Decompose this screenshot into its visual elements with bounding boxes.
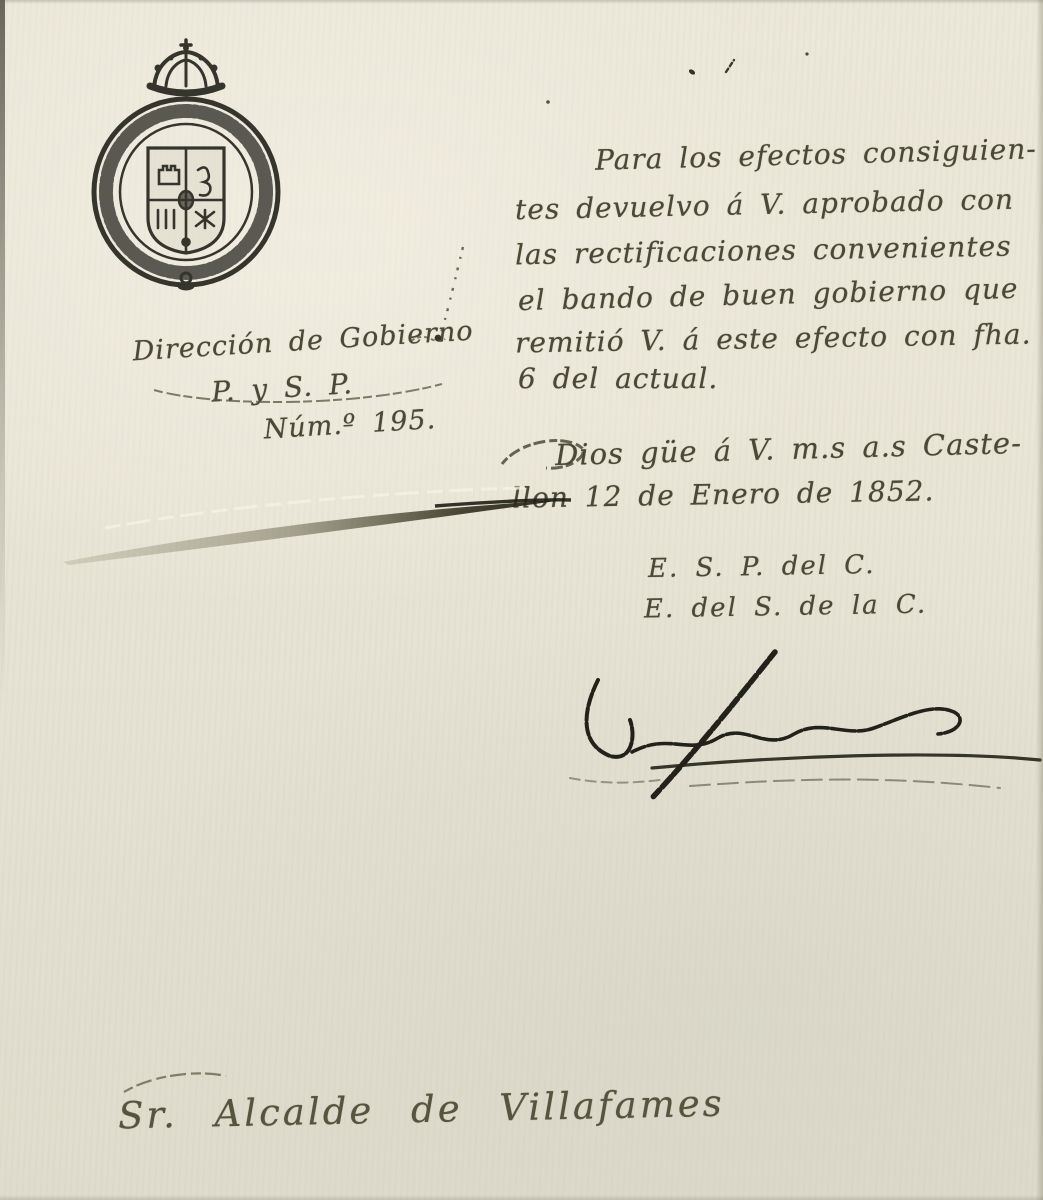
antefirma-line: E. del S. de la C. bbox=[644, 590, 928, 625]
signature-rubric bbox=[540, 640, 1043, 810]
ink-smear bbox=[55, 480, 575, 580]
royal-seal-stamp bbox=[88, 34, 284, 290]
address-swash bbox=[120, 1066, 230, 1096]
body-line: las rectificaciones convenientes bbox=[515, 230, 1012, 272]
scan-edge-bottom bbox=[0, 1195, 1043, 1200]
shield-icon bbox=[148, 148, 224, 253]
ink-specks bbox=[540, 40, 940, 110]
closing-swash bbox=[500, 430, 590, 476]
body-line: 6 del actual. bbox=[518, 362, 718, 395]
scan-edge-left bbox=[0, 0, 5, 696]
body-line: remitió V. á este efecto con fha. bbox=[515, 317, 1032, 359]
crown-icon bbox=[150, 40, 222, 93]
closing-line: Dios güe á V. m.s a.s Caste- bbox=[555, 426, 1023, 472]
pen-stroke-mark bbox=[405, 245, 485, 355]
scan-edge-right bbox=[1036, 0, 1043, 1200]
scanned-letter-page: Dirección de Gobierno P. y S. P. Núm.º 1… bbox=[0, 0, 1043, 1200]
body-line: Para los efectos consiguien- bbox=[595, 132, 1037, 177]
scan-edge-top bbox=[0, 0, 1043, 4]
body-line: tes devuelvo á V. aprobado con bbox=[515, 183, 1015, 226]
body-line: el bando de buen gobierno que bbox=[518, 272, 1019, 317]
antefirma-line: E. S. P. del C. bbox=[648, 550, 876, 584]
flourish-underline bbox=[150, 372, 450, 412]
closing-line: llon 12 de Enero de 1852. bbox=[512, 474, 935, 514]
